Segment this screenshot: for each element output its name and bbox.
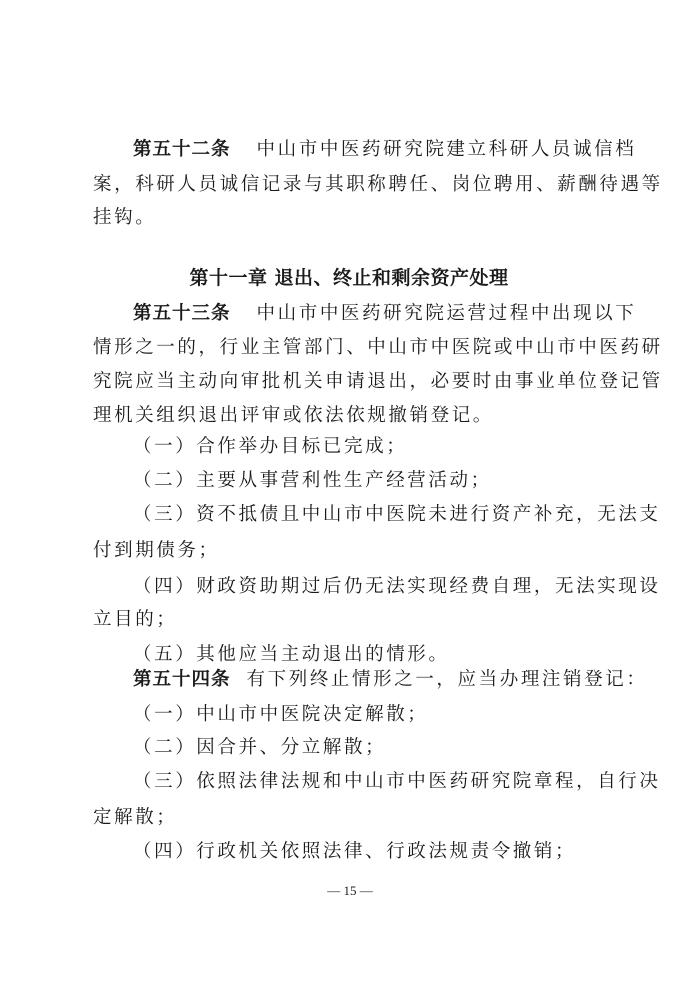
article-53-item-3-line-1: （三）资不抵债且中山市中医院未进行资产补充，无法支 xyxy=(133,500,605,530)
article-53-line-1: 第五十三条中山市中医药研究院运营过程中出现以下 xyxy=(133,299,605,329)
article-52-line-1: 第五十二条中山市中医药研究院建立科研人员诚信档 xyxy=(133,135,605,165)
article-54-item-3-line-2: 定解散； xyxy=(93,803,605,833)
article-52-label: 第五十二条 xyxy=(133,139,231,160)
article-54-item-2: （二）因合并、分立解散； xyxy=(133,733,605,763)
article-54-label: 第五十四条 xyxy=(133,669,231,690)
article-53-item-4-line-2: 立目的； xyxy=(93,605,605,635)
chapter-heading: 第十一章 退出、终止和剩余资产处理 xyxy=(93,263,605,293)
article-52-line-2: 案，科研人员诚信记录与其职称聘任、岗位聘用、薪酬待遇等 xyxy=(93,170,605,200)
article-53-line-4: 理机关组织退出评审或依法依规撤销登记。 xyxy=(93,401,605,431)
page-number: — 15 — xyxy=(0,883,700,899)
article-53-item-3-line-2: 付到期债务； xyxy=(93,536,605,566)
article-53-line-3: 究院应当主动向审批机关申请退出，必要时由事业单位登记管 xyxy=(93,367,605,397)
article-53-label: 第五十三条 xyxy=(133,303,231,324)
document-page: 第五十二条中山市中医药研究院建立科研人员诚信档 案，科研人员诚信记录与其职称聘任… xyxy=(0,0,700,989)
article-54-item-4: （四）行政机关依照法律、行政法规责令撤销； xyxy=(133,837,605,867)
article-52-line-3: 挂钩。 xyxy=(93,203,605,233)
article-53-line-2: 情形之一的，行业主管部门、中山市中医院或中山市中医药研 xyxy=(93,333,605,363)
article-54-item-1: （一）中山市中医院决定解散； xyxy=(133,700,605,730)
article-53-item-2: （二）主要从事营利性生产经营活动； xyxy=(133,466,605,496)
article-54-item-3-line-1: （三）依照法律法规和中山市中医药研究院章程，自行决 xyxy=(133,767,605,797)
article-53-item-1: （一）合作举办目标已完成； xyxy=(133,432,605,462)
article-54-line-1: 第五十四条有下列终止情形之一，应当办理注销登记： xyxy=(133,665,605,695)
article-53-item-4-line-1: （四）财政资助期过后仍无法实现经费自理，无法实现设 xyxy=(133,572,605,602)
